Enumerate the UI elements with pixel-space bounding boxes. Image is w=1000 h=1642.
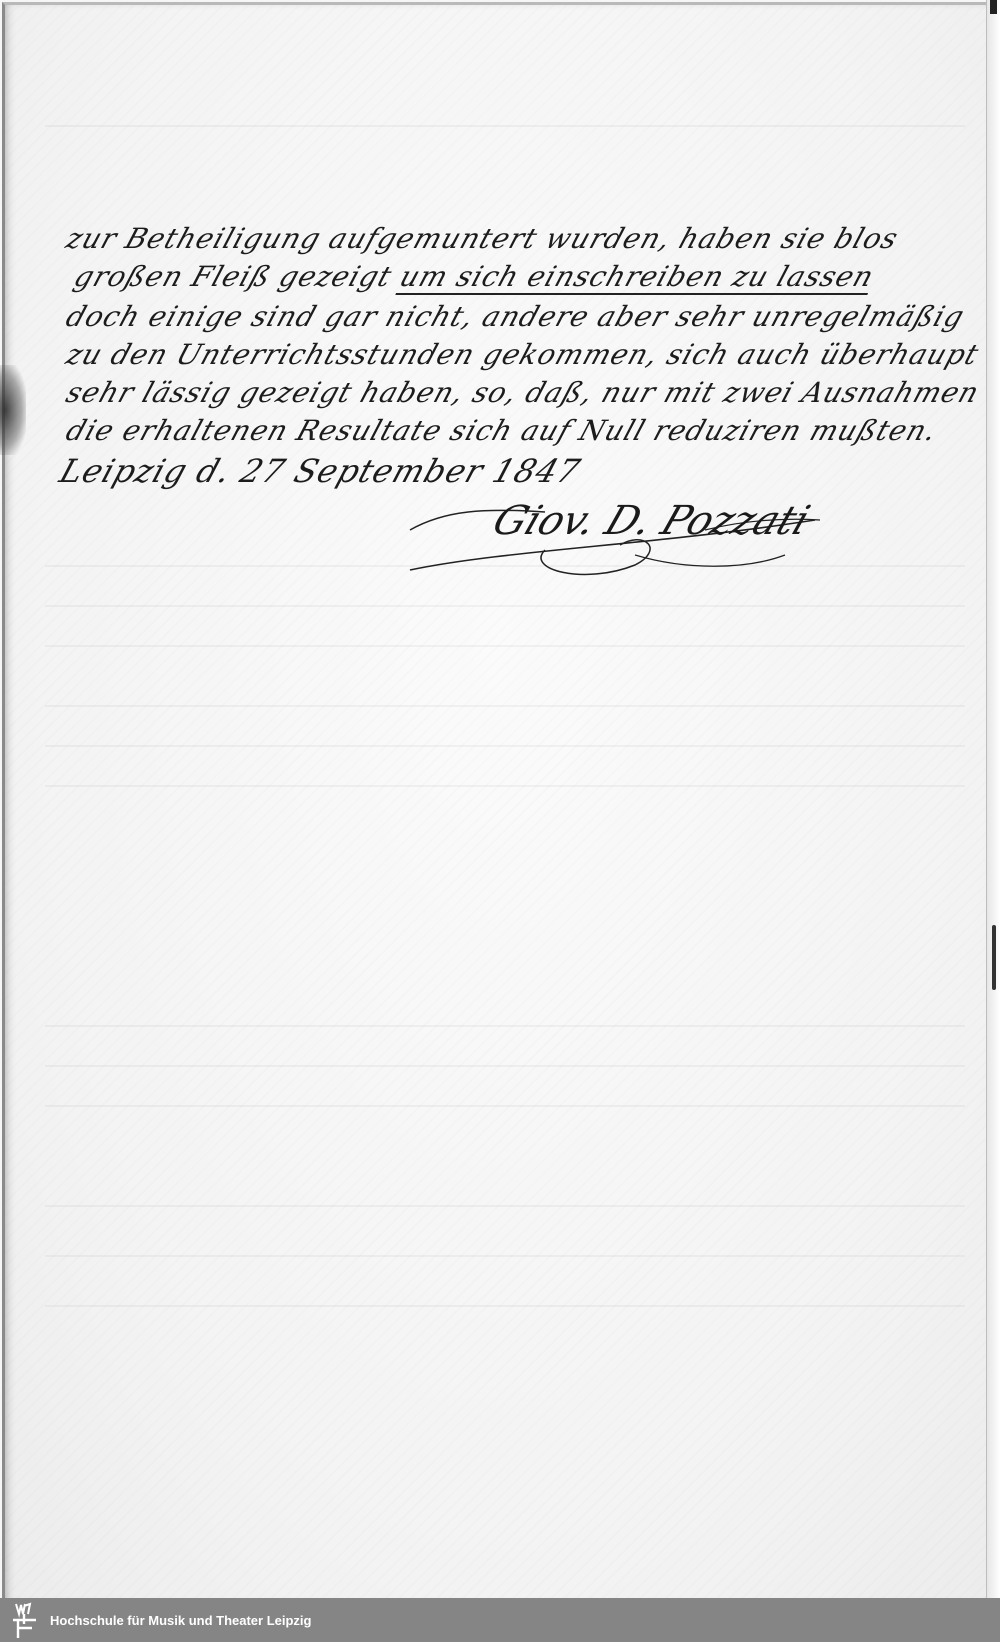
- line-2-text: großen Fleiß gezeigt: [70, 260, 406, 293]
- page-edge: [986, 0, 1000, 1598]
- scanned-page-image: zur Betheiligung aufgemuntert wurden, ha…: [0, 0, 1000, 1598]
- manuscript-date-line: Leipzig d. 27 September 1847: [55, 452, 586, 490]
- manuscript-line-4: zu den Unterrichtsstunden gekommen, sich…: [62, 338, 983, 371]
- binding-mark: [992, 925, 996, 990]
- manuscript-line-6: die erhaltenen Resultate sich auf Null r…: [62, 414, 942, 447]
- manuscript-line-5: sehr lässig gezeigt haben, so, daß, nur …: [62, 376, 984, 409]
- signature: Giov. D. Pozzati: [405, 490, 825, 585]
- institution-name: Hochschule für Musik und Theater Leipzig: [50, 1613, 311, 1628]
- footer-bar: Hochschule für Musik und Theater Leipzig: [0, 1598, 1000, 1642]
- edge-mark: [990, 0, 997, 14]
- underlined-phrase: um sich einschreiben zu lassen: [395, 260, 878, 295]
- manuscript-line-3: doch einige sind gar nicht, andere aber …: [62, 300, 969, 333]
- manuscript-line-1: zur Betheiligung aufgemuntert wurden, ha…: [62, 222, 903, 255]
- hmt-logo-icon: [10, 1600, 40, 1640]
- ink-stain: [0, 365, 26, 455]
- signature-name: Giov. D. Pozzati: [487, 498, 816, 544]
- manuscript-line-2: großen Fleiß gezeigt um sich einschreibe…: [70, 260, 879, 293]
